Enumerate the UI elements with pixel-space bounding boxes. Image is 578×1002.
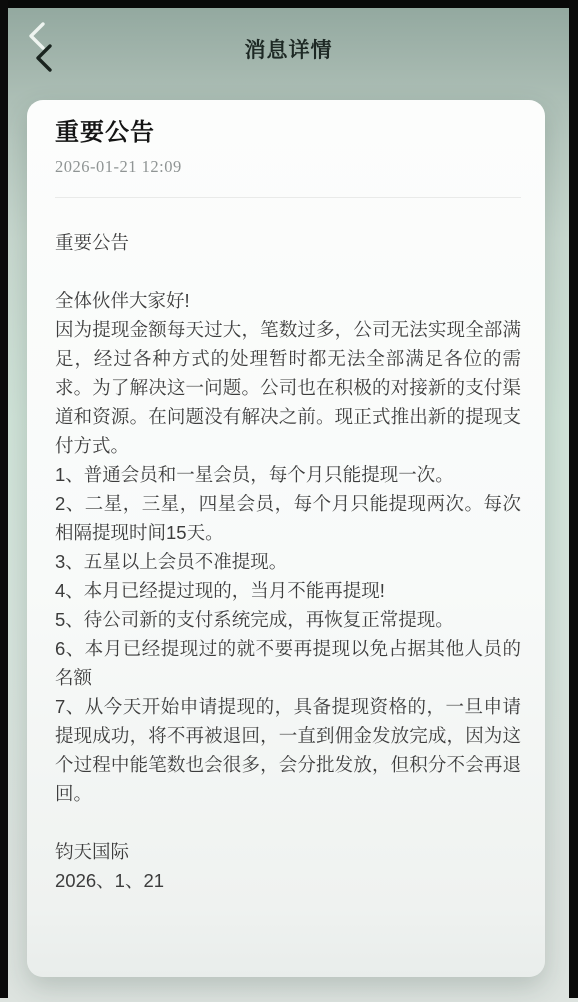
rule-item-2: 2、二星，三星，四星会员，每个月只能提现两次。每次相隔提现时间15天。 [55,489,521,547]
blank-line [55,808,521,837]
rule-item-4: 4、本月已经提过现的，当月不能再提现! [55,576,521,605]
screen-bezel-right [569,0,578,998]
rule-item-6: 6、本月已经提现过的就不要再提现以免占据其他人员的名额 [55,634,521,692]
message-title: 重要公告 [55,118,521,148]
header-bar: 消息详情 [8,8,569,98]
signature: 钧天国际 [55,837,521,866]
message-body: 重要公告 全体伙伴大家好! 因为提现金额每天过大，笔数过多，公司无法实现全部满足… [55,228,521,895]
blank-line [55,257,521,286]
rule-item-7: 7、从今天开始申请提现的，具备提现资格的，一旦申请提现成功，将不再被退回，一直到… [55,692,521,808]
divider [55,197,521,198]
rule-item-1: 1、普通会员和一星会员，每个月只能提现一次。 [55,460,521,489]
rule-item-3: 3、五星以上会员不准提现。 [55,547,521,576]
body-greeting: 全体伙伴大家好! [55,286,521,315]
screen-bezel-top [0,0,578,8]
rule-item-5: 5、待公司新的支付系统完成，再恢复正常提现。 [55,605,521,634]
screen-bezel-left [0,0,8,998]
message-timestamp: 2026-01-21 12:09 [55,157,521,177]
signature-date: 2026、1、21 [55,866,521,895]
body-heading: 重要公告 [55,228,521,257]
body-intro: 因为提现金额每天过大，笔数过多，公司无法实现全部满足，经过各种方式的处理暂时都无… [55,315,521,460]
message-card: 重要公告 2026-01-21 12:09 重要公告 全体伙伴大家好! 因为提现… [27,100,545,977]
page-title: 消息详情 [8,34,569,64]
message-detail-screen: 消息详情 重要公告 2026-01-21 12:09 重要公告 全体伙伴大家好!… [0,0,578,1002]
